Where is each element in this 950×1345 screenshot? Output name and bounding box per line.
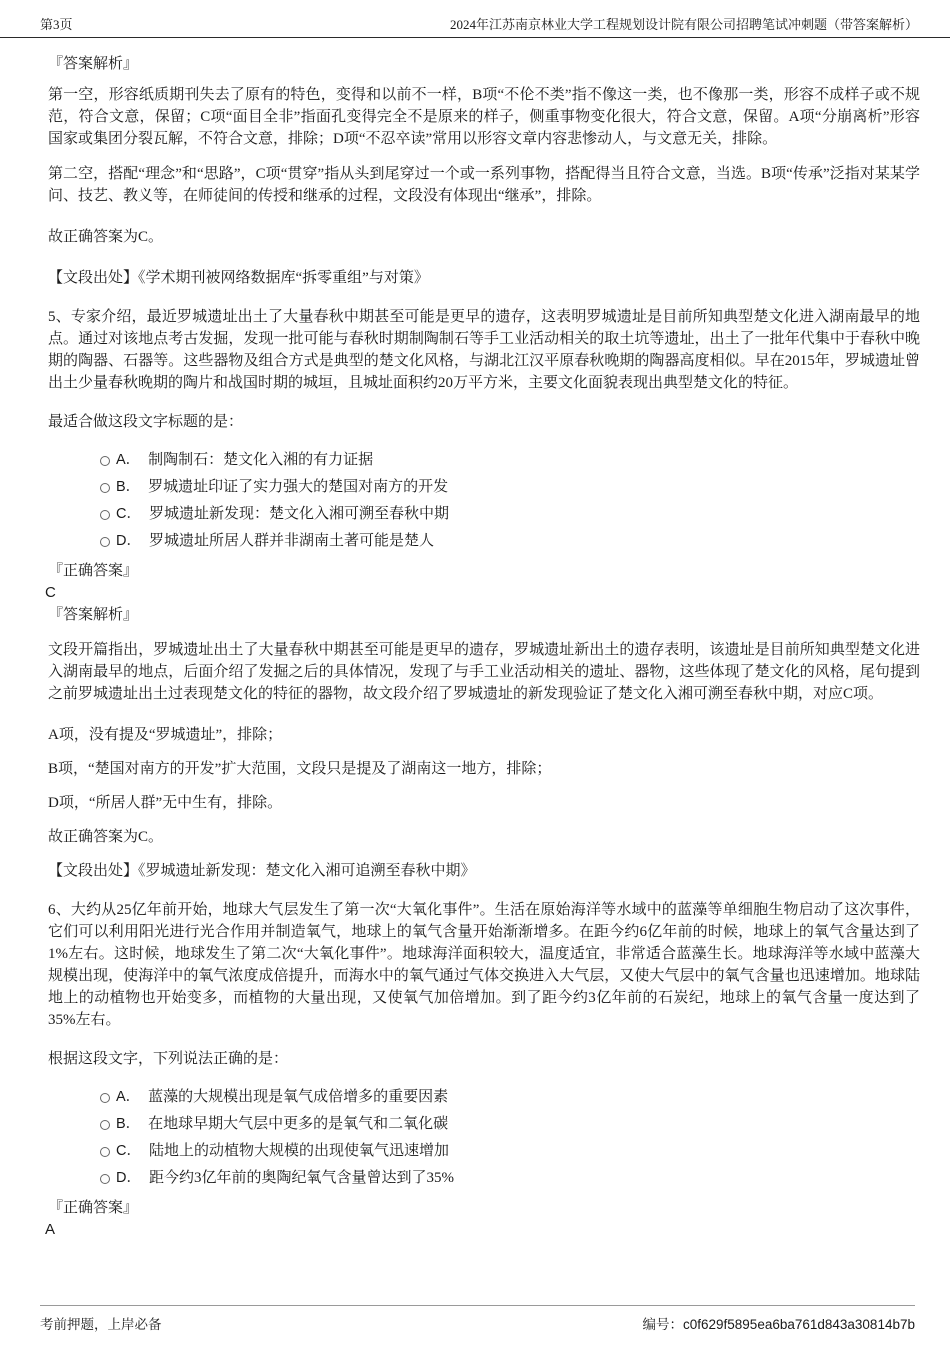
option-text: 罗城遗址新发现：楚文化入湘可溯至春秋中期 <box>149 503 449 525</box>
option-letter: D． <box>116 1167 141 1189</box>
radio-button-q5-d[interactable] <box>100 537 110 547</box>
option-letter: C． <box>116 1140 141 1162</box>
analysis-conclusion: 故正确答案为C。 <box>48 826 920 848</box>
radio-button-q5-b[interactable] <box>100 483 110 493</box>
option-row[interactable]: D． 罗城遗址所居人群并非湖南土著可能是楚人 <box>48 527 920 554</box>
question-6-prompt: 根据这段文字，下列说法正确的是： <box>48 1048 920 1070</box>
serial-label: 编号： <box>643 1317 684 1332</box>
footer-serial: 编号：c0f629f5895ea6ba761d843a30814b7b <box>643 1313 916 1333</box>
option-text: 在地球早期大气层中更多的是氧气和二氧化碳 <box>148 1113 448 1135</box>
passage-source: 【文段出处】《罗城遗址新发现：楚文化入湘可追溯至春秋中期》 <box>48 860 920 882</box>
footer-slogan: 考前押题，上岸必备 <box>40 1313 162 1333</box>
correct-answer-label: 『正确答案』 <box>48 1197 920 1219</box>
option-text: 距今约3亿年前的奥陶纪氧气含量曾达到了35% <box>149 1167 454 1189</box>
analysis-conclusion: 故正确答案为C。 <box>48 226 920 248</box>
answer-analysis-label: 『答案解析』 <box>48 53 920 75</box>
correct-answer-value: A <box>45 1220 920 1240</box>
option-text: 陆地上的动植物大规模的出现使氧气迅速增加 <box>149 1140 449 1162</box>
option-d-note: D项，“所居人群”无中生有，排除。 <box>48 792 920 814</box>
option-letter: A． <box>116 1086 140 1108</box>
correct-answer-label: 『正确答案』 <box>48 560 920 582</box>
option-letter: D． <box>116 530 141 552</box>
radio-button-q6-c[interactable] <box>100 1147 110 1157</box>
radio-button-q6-a[interactable] <box>100 1093 110 1103</box>
passage-source: 【文段出处】《学术期刊被网络数据库“拆零重组”与对策》 <box>48 267 920 289</box>
answer-analysis-label: 『答案解析』 <box>48 604 920 626</box>
page-number: 第3页 <box>40 14 73 33</box>
question-5-analysis: 文段开篇指出，罗城遗址出土了大量春秋中期甚至可能是更早的遗存，罗城遗址新出土的遗… <box>48 639 920 705</box>
analysis-paragraph-2: 第二空，搭配“理念”和“思路”，C项“贯穿”指从头到尾穿过一个或一系列事物，搭配… <box>48 163 920 207</box>
option-letter: A． <box>116 449 140 471</box>
option-letter: C． <box>116 503 141 525</box>
radio-button-q5-a[interactable] <box>100 456 110 466</box>
question-5-options: A． 制陶制石：楚文化入湘的有力证据 B． 罗城遗址印证了实力强大的楚国对南方的… <box>48 446 920 554</box>
option-row[interactable]: A． 蓝藻的大规模出现是氧气成倍增多的重要因素 <box>48 1083 920 1110</box>
option-row[interactable]: D． 距今约3亿年前的奥陶纪氧气含量曾达到了35% <box>48 1164 920 1191</box>
option-row[interactable]: B． 在地球早期大气层中更多的是氧气和二氧化碳 <box>48 1110 920 1137</box>
question-6-stem: 6、大约从25亿年前开始，地球大气层发生了第一次“大氧化事件”。生活在原始海洋等… <box>48 899 920 1031</box>
serial-code: c0f629f5895ea6ba761d843a30814b7b <box>683 1317 915 1332</box>
question-5-stem: 5、专家介绍，最近罗城遗址出土了大量春秋中期甚至可能是更早的遗存，这表明罗城遗址… <box>48 306 920 394</box>
option-text: 蓝藻的大规模出现是氧气成倍增多的重要因素 <box>148 1086 448 1108</box>
radio-button-q5-c[interactable] <box>100 510 110 520</box>
analysis-paragraph-1: 第一空，形容纸质期刊失去了原有的特色，变得和以前不一样，B项“不伦不类”指不像这… <box>48 84 920 150</box>
option-letter: B． <box>116 1113 140 1135</box>
page-footer: 考前押题，上岸必备 编号：c0f629f5895ea6ba761d843a308… <box>40 1305 915 1333</box>
page-content: 『答案解析』 第一空，形容纸质期刊失去了原有的特色，变得和以前不一样，B项“不伦… <box>0 53 950 1240</box>
option-text: 罗城遗址所居人群并非湖南土著可能是楚人 <box>149 530 434 552</box>
option-row[interactable]: A． 制陶制石：楚文化入湘的有力证据 <box>48 446 920 473</box>
correct-answer-value: C <box>45 583 920 603</box>
option-row[interactable]: C． 罗城遗址新发现：楚文化入湘可溯至春秋中期 <box>48 500 920 527</box>
option-b-note: B项，“楚国对南方的开发”扩大范围，文段只是提及了湖南这一地方，排除； <box>48 758 920 780</box>
option-letter: B． <box>116 476 140 498</box>
question-6-options: A． 蓝藻的大规模出现是氧气成倍增多的重要因素 B． 在地球早期大气层中更多的是… <box>48 1083 920 1191</box>
option-a-note: A项，没有提及“罗城遗址”，排除； <box>48 724 920 746</box>
option-row[interactable]: C． 陆地上的动植物大规模的出现使氧气迅速增加 <box>48 1137 920 1164</box>
option-text: 制陶制石：楚文化入湘的有力证据 <box>148 449 373 471</box>
question-5-prompt: 最适合做这段文字标题的是： <box>48 411 920 433</box>
option-text: 罗城遗址印证了实力强大的楚国对南方的开发 <box>148 476 448 498</box>
option-row[interactable]: B． 罗城遗址印证了实力强大的楚国对南方的开发 <box>48 473 920 500</box>
radio-button-q6-b[interactable] <box>100 1120 110 1130</box>
document-title: 2024年江苏南京林业大学工程规划设计院有限公司招聘笔试冲刺题（带答案解析） <box>450 14 918 33</box>
page-header: 第3页 2024年江苏南京林业大学工程规划设计院有限公司招聘笔试冲刺题（带答案解… <box>0 0 950 38</box>
document-page: 第3页 2024年江苏南京林业大学工程规划设计院有限公司招聘笔试冲刺题（带答案解… <box>0 0 950 1345</box>
radio-button-q6-d[interactable] <box>100 1174 110 1184</box>
